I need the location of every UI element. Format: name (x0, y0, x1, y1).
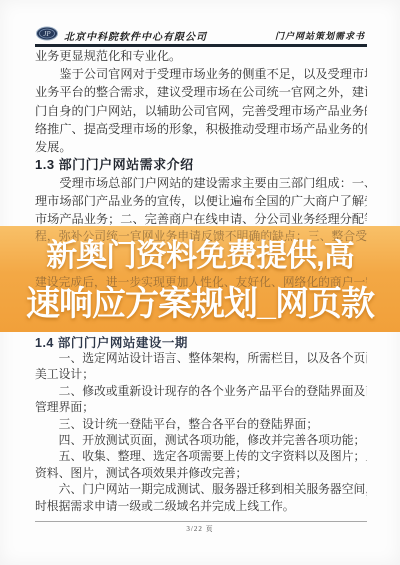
company-logo-icon: JP (35, 26, 59, 41)
section-heading-1-4: 1.4 部门门户网站建设一期 (35, 333, 188, 351)
body-line: 四、开放测试页面，测试各项功能，修改并完善各项功能； (35, 432, 367, 448)
body-line: 一、选定网站设计语言、整体架构，所需栏目，以及各个页面的 (35, 350, 367, 366)
paragraph-block-2: 受理市场总部门户网站的建设需求主要由三部门组成：一、受理市场部门产品业务的宣传，… (35, 174, 367, 229)
body-line: 美工设计； (35, 366, 367, 382)
body-line: 六、门户网站一期完成测试、服务器迁移到相关服务器空间，同 (35, 481, 367, 497)
overlay-text-line-2: 速响应方案规划_网页款 (0, 285, 400, 324)
body-line: 管理界面； (35, 399, 367, 415)
paragraph-block-3: 一、选定网站设计语言、整体架构，所需栏目，以及各个页面的美工设计；二、修改或重新… (35, 350, 367, 514)
body-line: 时根据需求申请一级或二级域名并完成上线工作。 (35, 498, 367, 514)
svg-text:JP: JP (43, 30, 51, 38)
document-page: JP 北京中科院软件中心有限公司 门户网站策划需求书 业务更显规范化和专业化。鉴… (0, 0, 400, 565)
page-number: 3/22 页 (0, 524, 400, 534)
footer-rule (35, 521, 367, 522)
body-line: 络推广、提高受理市场的形象，积极推动受理市场产品业务的健康 (35, 120, 367, 138)
overlay-text-line-1: 新奥门资料免费提供,高 (0, 238, 400, 274)
section-heading-1-3: 1.3 部门门户网站需求介绍 (35, 154, 194, 173)
page-header: JP 北京中科院软件中心有限公司 门户网站策划需求书 (35, 25, 367, 43)
body-line: 三、设计统一登陆平台，整合各平台的登陆界面； (35, 416, 367, 432)
body-line: 门自身的门户网站，以辅助公司官网，完善受理市场产品业务的网 (35, 102, 367, 120)
body-line: 业务更显规范化和专业化。 (35, 47, 367, 65)
body-line: 受理市场总部门户网站的建设需求主要由三部门组成：一、受 (35, 174, 367, 192)
body-line: 业务平台的整合需求，建议受理市场在公司统一官网之外，建设部 (35, 83, 367, 101)
body-line: 理市场部门产品业务的宣传，以便让遍布全国的广大商户了解受理 (35, 192, 367, 210)
header-doc-title: 门户网站策划需求书 (275, 29, 365, 42)
paragraph-block-1: 业务更显规范化和专业化。鉴于公司官网对于受理市场业务的侧重不足，以及受理市场相关… (35, 47, 367, 156)
body-line: 二、修改或重新设计现存的各个业务产品平台的登陆界面及商户 (35, 383, 367, 399)
spam-overlay-banner: 程，弥补公司统一官网业务申请反馈不明确的缺点；三、整合受 新奥门资料免费提供,高… (0, 226, 400, 332)
body-line: 鉴于公司官网对于受理市场业务的侧重不足，以及受理市场相关 (35, 65, 367, 83)
body-line: 资料、图片，测试各项效果并修改完善； (35, 465, 367, 481)
header-company-name: 北京中科院软件中心有限公司 (64, 28, 207, 43)
body-line: 五、收集、整理、选定各项需要上传的文字资料以及图片；上传 (35, 448, 367, 464)
